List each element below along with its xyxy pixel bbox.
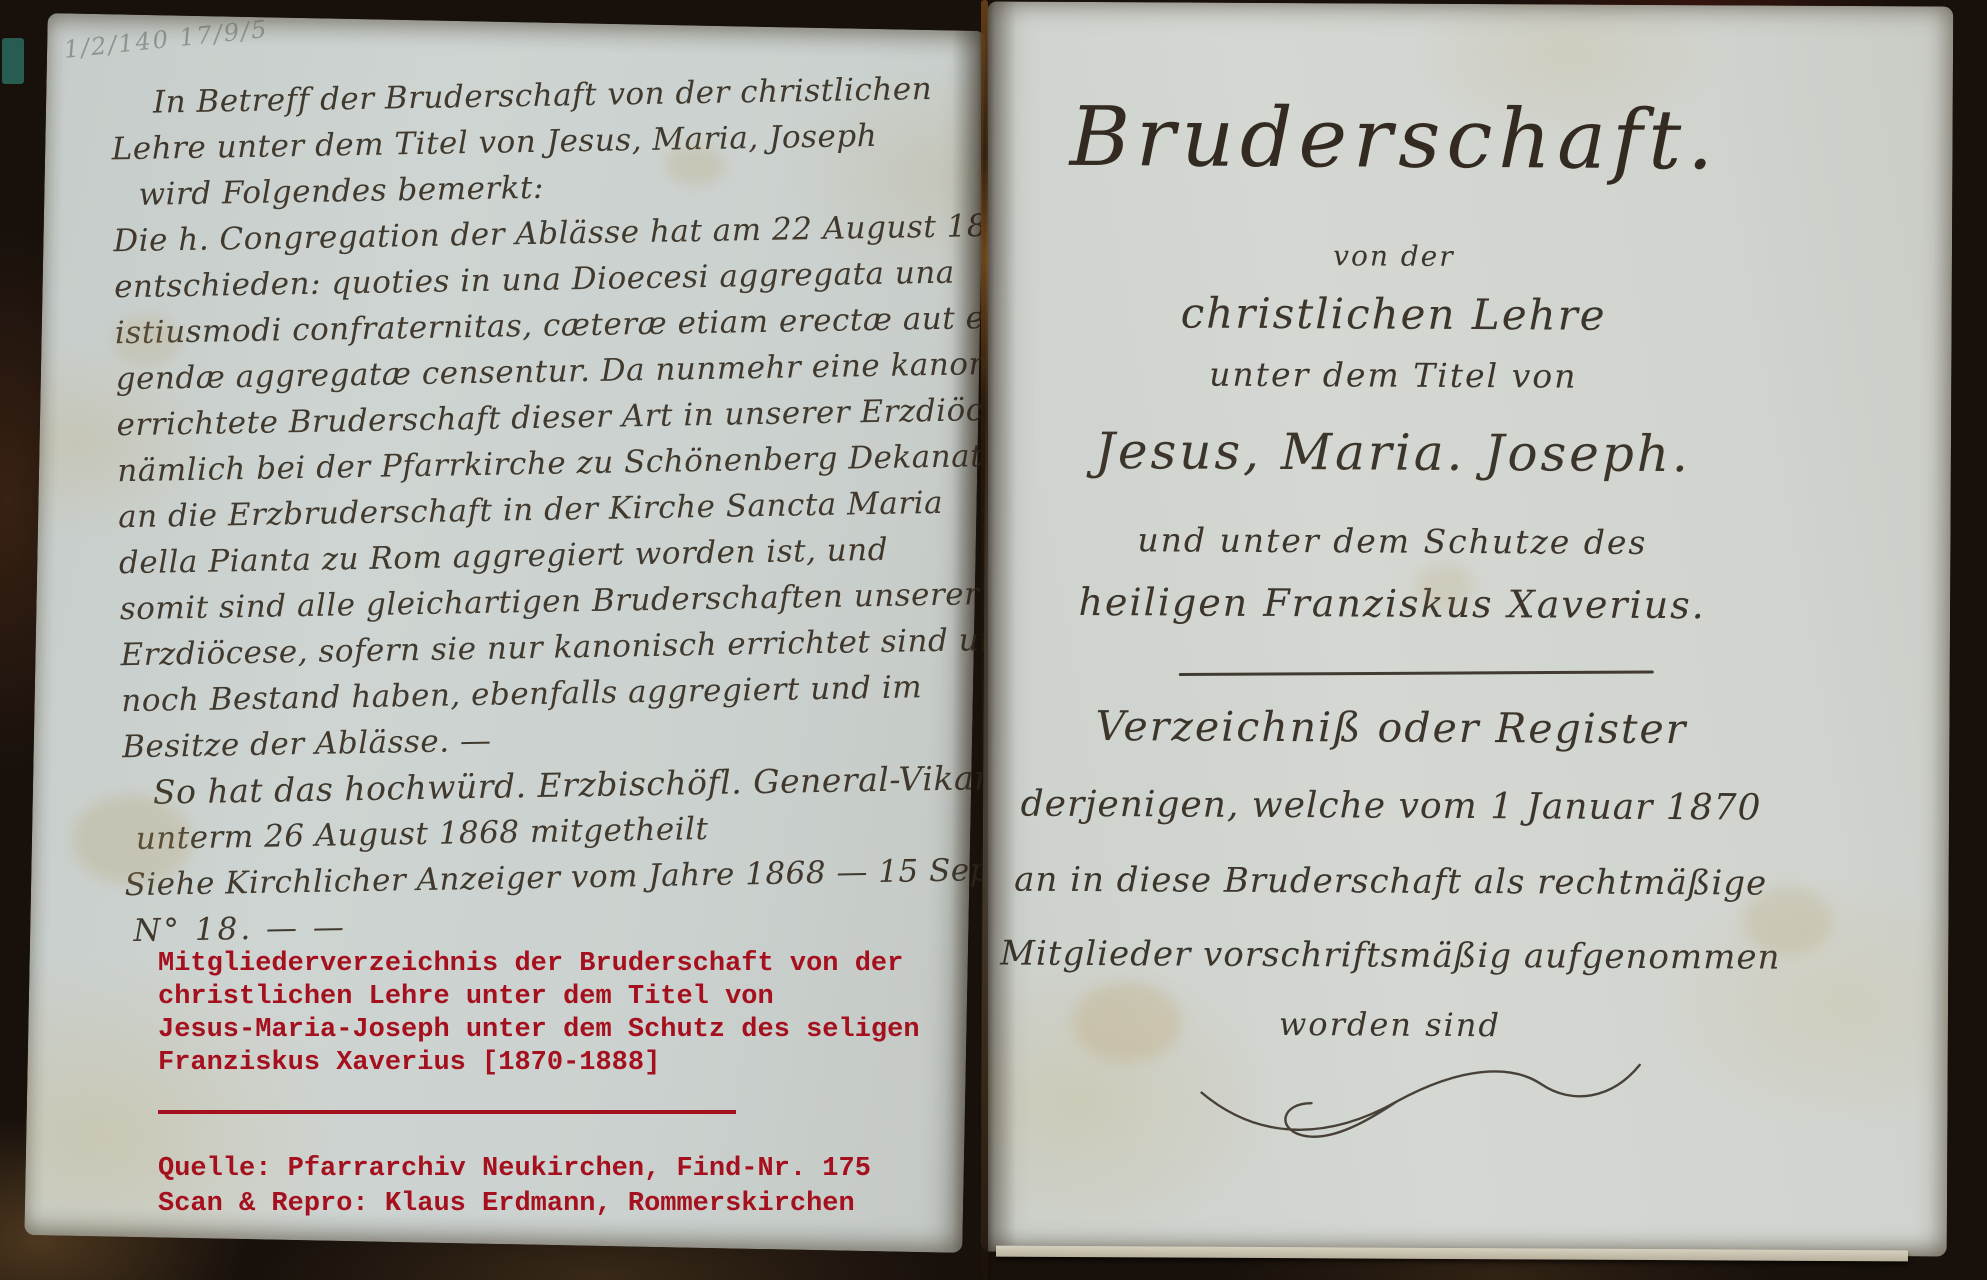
caption-overlay: Mitgliederverzeichnis der Bruderschaft v… bbox=[158, 948, 978, 1222]
right-page: Bruderschaft. von der christlichen Lehre… bbox=[981, 1, 1954, 1256]
register-line: Verzeichniß oder Register bbox=[983, 701, 1799, 753]
caption-line: Mitgliederverzeichnis der Bruderschaft v… bbox=[158, 948, 978, 981]
teal-edge-mark bbox=[2, 38, 24, 84]
register-line: Mitglieder vorschriftsmäßig aufgenommen bbox=[982, 933, 1798, 977]
register-line: an in diese Bruderschaft als rechtmäßige bbox=[983, 859, 1799, 903]
title-line: heiligen Franziskus Xaverius. bbox=[984, 579, 1800, 627]
title-line: christlichen Lehre bbox=[986, 287, 1802, 340]
binding-seam bbox=[981, 0, 988, 1280]
source-line: Quelle: Pfarrarchiv Neukirchen, Find-Nr.… bbox=[158, 1152, 978, 1187]
title-line: Jesus, Maria. Joseph. bbox=[985, 421, 1801, 483]
title-line: von der bbox=[986, 237, 1802, 274]
title-bruderschaft: Bruderschaft. bbox=[986, 89, 1802, 188]
title-line: unter dem Titel von bbox=[985, 353, 1801, 396]
pencil-archive-note: 1/2/140 17/9/5 bbox=[62, 15, 269, 64]
ink-flourish bbox=[1181, 1023, 1662, 1156]
caption-line: Franziskus Xaverius [1870-1888] bbox=[158, 1047, 978, 1080]
register-line: derjenigen, welche vom 1 Januar 1870 bbox=[983, 783, 1799, 828]
caption-line: Jesus-Maria-Joseph unter dem Schutz des … bbox=[158, 1014, 978, 1047]
red-divider bbox=[158, 1110, 736, 1114]
scanned-book-photo: { "left_page": { "pencil_note": "1/2/140… bbox=[0, 0, 1987, 1280]
right-page-calligraphy: Bruderschaft. von der christlichen Lehre… bbox=[981, 1, 1954, 1256]
ink-divider bbox=[1179, 670, 1654, 675]
title-line: und unter dem Schutze des bbox=[984, 519, 1800, 562]
left-page-manuscript: In Betreff der Bruderschaft von der chri… bbox=[111, 66, 956, 954]
caption-line: christlichen Lehre unter dem Titel von bbox=[158, 981, 978, 1014]
source-line: Scan & Repro: Klaus Erdmann, Rommerskirc… bbox=[158, 1187, 978, 1222]
